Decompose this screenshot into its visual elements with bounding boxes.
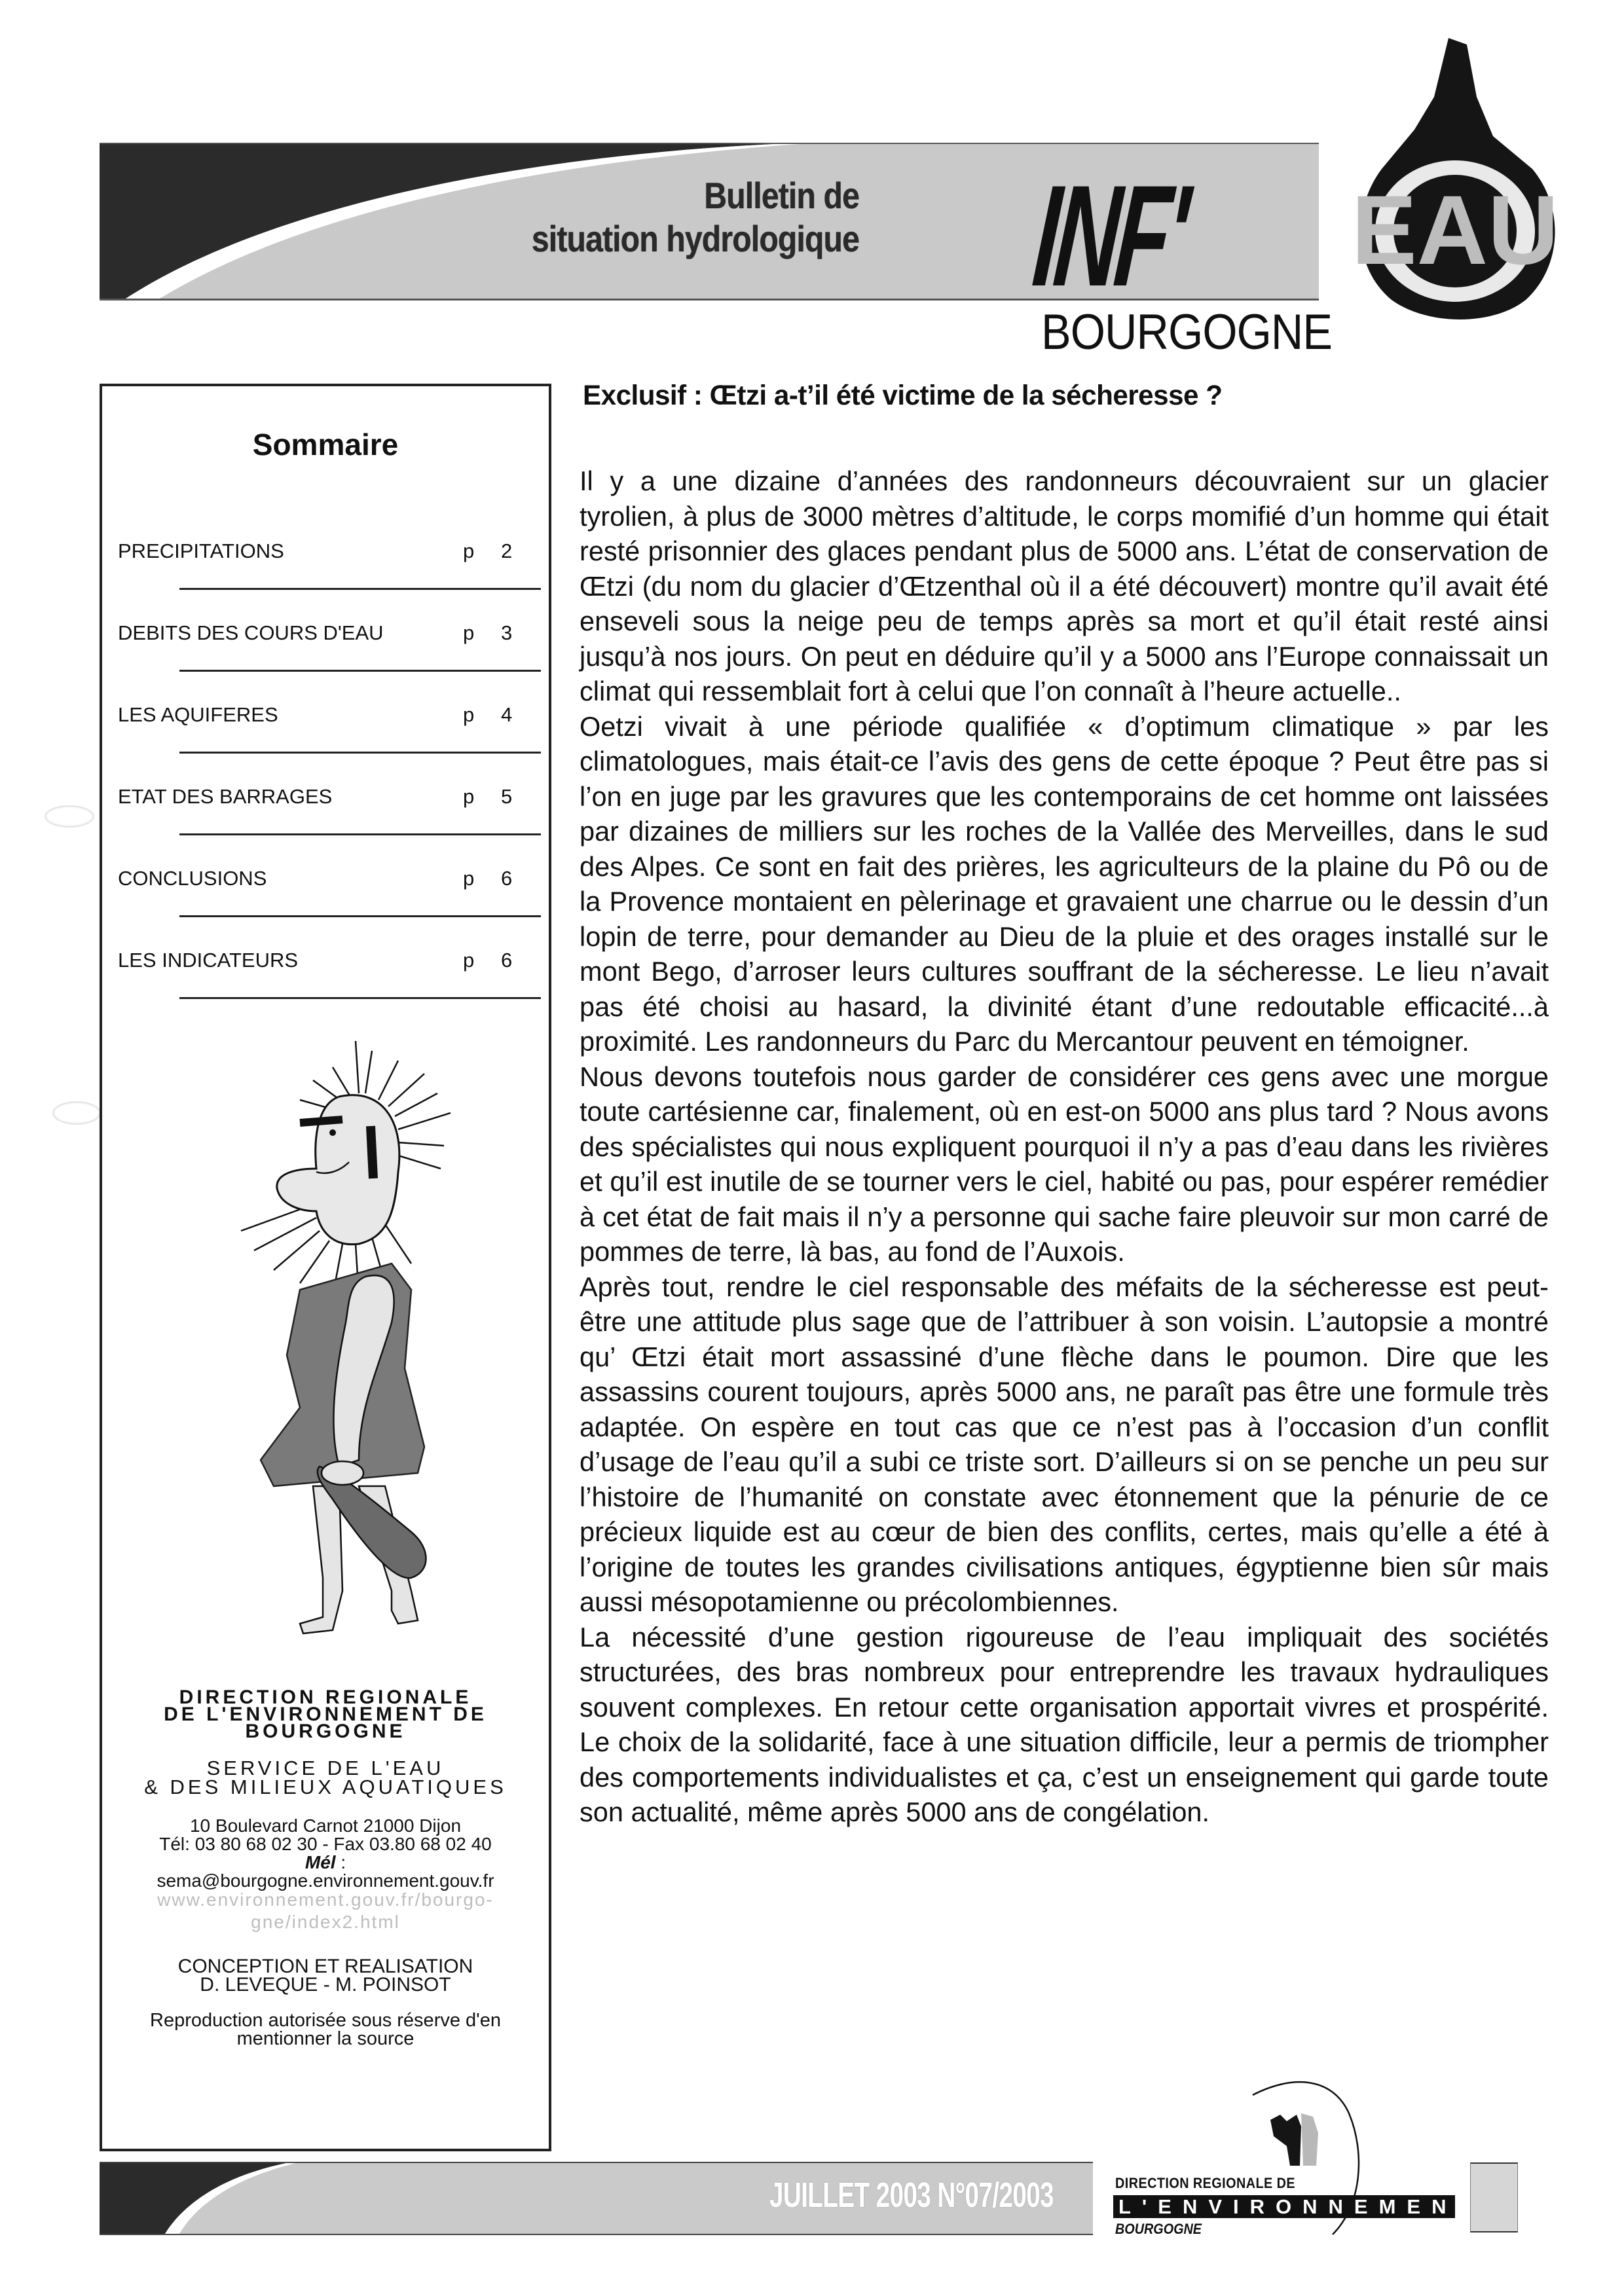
article-paragraph: Nous devons toutefois nous garder de con… bbox=[580, 1059, 1549, 1269]
drop-letters: EAU bbox=[1352, 175, 1559, 285]
water-drop-logo-icon: EAU bbox=[1336, 31, 1572, 319]
toc-item-precipitations[interactable]: PRECIPITATIONS p 2 bbox=[118, 538, 537, 620]
article-body: Il y a une dizaine d’années des randonne… bbox=[580, 464, 1549, 1830]
reproduction-line-2: mentionner la source bbox=[102, 2029, 549, 2049]
title-line-1: Bulletin de bbox=[206, 174, 859, 217]
bulletin-title: Bulletin de situation hydrologique bbox=[206, 174, 859, 261]
toc-label: LES INDICATEURS bbox=[118, 947, 298, 974]
toc-divider bbox=[179, 833, 541, 835]
toc-page-prefix: p bbox=[463, 784, 474, 810]
toc-item-debits[interactable]: DEBITS DES COURS D'EAU p 3 bbox=[118, 620, 537, 702]
footer-region-label: BOURGOGNE bbox=[1115, 2221, 1202, 2238]
toc-page-number: 3 bbox=[501, 620, 512, 646]
toc-divider bbox=[179, 752, 541, 754]
article-paragraph: Oetzi vivait à une période qualifiée « d… bbox=[580, 709, 1549, 1059]
article-paragraph: Il y a une dizaine d’années des randonne… bbox=[580, 464, 1549, 709]
toc-item-conclusions[interactable]: CONCLUSIONS p 6 bbox=[118, 866, 537, 947]
article-paragraph: Après tout, rendre le ciel responsable d… bbox=[580, 1269, 1549, 1620]
toc-page-number: 6 bbox=[501, 947, 512, 974]
website-link-line-2[interactable]: gne/index2.html bbox=[102, 1909, 549, 1935]
toc-divider bbox=[179, 997, 541, 999]
toc-label: CONCLUSIONS bbox=[118, 866, 267, 892]
punch-hole-bottom bbox=[52, 1101, 101, 1125]
toc-item-aquiferes[interactable]: LES AQUIFERES p 4 bbox=[118, 702, 537, 784]
toc-label: DEBITS DES COURS D'EAU bbox=[118, 620, 384, 646]
caveman-illustration-icon bbox=[202, 1015, 451, 1669]
toc-page-number: 4 bbox=[501, 702, 512, 728]
toc-page-number: 6 bbox=[501, 866, 512, 892]
title-line-2: situation hydrologique bbox=[206, 217, 859, 261]
toc-divider bbox=[179, 588, 541, 590]
footer-banner: JUILLET 2003 N°07/2003 bbox=[100, 2162, 1093, 2235]
credits-names: D. LEVEQUE - M. POINSOT bbox=[102, 1975, 549, 1995]
punch-hole-top bbox=[45, 805, 94, 828]
article-paragraph: La nécessité d’une gestion rigoureuse de… bbox=[580, 1620, 1549, 1830]
toc-label: LES AQUIFERES bbox=[118, 702, 278, 728]
footer-grey-square bbox=[1470, 2162, 1518, 2232]
toc-divider bbox=[179, 670, 541, 672]
issue-date: JUILLET 2003 N°07/2003 bbox=[769, 2175, 1054, 2215]
logo-region: BOURGOGNE bbox=[1041, 306, 1332, 359]
toc-page-prefix: p bbox=[463, 947, 474, 974]
toc-divider bbox=[179, 915, 541, 917]
toc-page-prefix: p bbox=[463, 538, 474, 564]
service-line-2: & DES MILIEUX AQUATIQUES bbox=[102, 1777, 549, 1797]
toc-page-prefix: p bbox=[463, 620, 474, 646]
sommaire-title: Sommaire bbox=[102, 427, 549, 462]
toc-page-number: 5 bbox=[501, 784, 512, 810]
toc-label: ETAT DES BARRAGES bbox=[118, 784, 332, 810]
toc-item-barrages[interactable]: ETAT DES BARRAGES p 5 bbox=[118, 784, 537, 866]
sommaire-panel: Sommaire PRECIPITATIONS p 2 DEBITS DES C… bbox=[100, 384, 551, 2151]
article-title: Exclusif : Œtzi a-t’il été victime de la… bbox=[583, 378, 1222, 412]
toc-page-prefix: p bbox=[463, 866, 474, 892]
footer-direction-label: DIRECTION REGIONALE DE bbox=[1115, 2175, 1295, 2192]
toc-page-prefix: p bbox=[463, 702, 474, 728]
org-line-3: BOURGOGNE bbox=[102, 1723, 549, 1740]
toc-page-number: 2 bbox=[501, 538, 512, 564]
footer-environnement-label: L'ENVIRONNEMENT bbox=[1113, 2195, 1455, 2218]
toc-label: PRECIPITATIONS bbox=[118, 538, 284, 564]
infeau-logo-text: INF' bbox=[1029, 164, 1190, 308]
